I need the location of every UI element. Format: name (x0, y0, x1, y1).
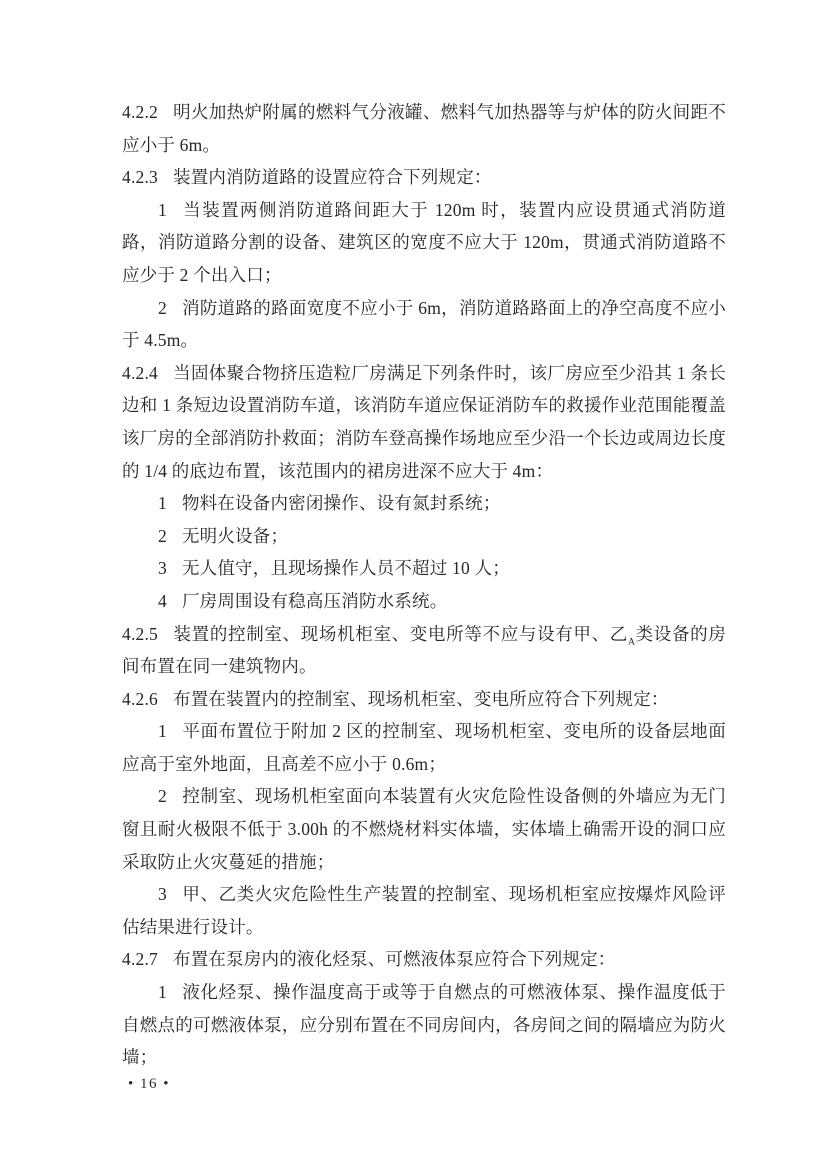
item-text: 无明火设备； (182, 526, 288, 546)
item-text: 甲、乙类火灾危险性生产装置的控制室、现场机柜室应按爆炸风险评估结果进行设计。 (122, 884, 726, 937)
item-text: 消防道路的路面宽度不应小于 6m，消防道路路面上的净空高度不应小于 4.5m。 (122, 298, 726, 351)
clause-text: 明火加热炉附属的燃料气分液罐、燃料气加热器等与炉体的防火间距不应小于 6m。 (122, 102, 726, 155)
item-number: 1 (158, 721, 167, 741)
clause-number: 4.2.2 (122, 102, 158, 122)
clause-4.2.4: 4.2.4当固体聚合物挤压造粒厂房满足下列条件时，该厂房应至少沿其 1 条长边和… (122, 357, 726, 487)
list-item-2: 2无明火设备； (122, 520, 726, 553)
clause-4.2.2: 4.2.2明火加热炉附属的燃料气分液罐、燃料气加热器等与炉体的防火间距不应小于 … (122, 96, 726, 161)
clause-number: 4.2.6 (122, 689, 158, 709)
clause-text: 布置在泵房内的液化烃泵、可燃液体泵应符合下列规定： (173, 949, 616, 969)
list-item-1: 1物料在设备内密闭操作、设有氮封系统； (122, 487, 726, 520)
list-item-2: 2消防道路的路面宽度不应小于 6m，消防道路路面上的净空高度不应小于 4.5m。 (122, 292, 726, 357)
item-text: 液化烃泵、操作温度高于或等于自燃点的可燃液体泵、操作温度低于自燃点的可燃液体泵，… (122, 982, 726, 1067)
page-number: • 16 • (128, 1076, 170, 1093)
item-number: 1 (158, 200, 167, 220)
list-item-1: 1液化烃泵、操作温度高于或等于自燃点的可燃液体泵、操作温度低于自燃点的可燃液体泵… (122, 976, 726, 1074)
clause-text: 装置内消防道路的设置应符合下列规定： (173, 167, 492, 187)
document-page: 4.2.2明火加热炉附属的燃料气分液罐、燃料气加热器等与炉体的防火间距不应小于 … (0, 0, 826, 1169)
item-text: 当装置两侧消防道路间距大于 120m 时，装置内应设贯通式消防道路，消防道路分割… (122, 200, 726, 285)
clause-number: 4.2.7 (122, 949, 158, 969)
document-body: 4.2.2明火加热炉附属的燃料气分液罐、燃料气加热器等与炉体的防火间距不应小于 … (122, 96, 726, 1074)
item-number: 2 (158, 298, 167, 318)
item-text: 厂房周围设有稳高压消防水系统。 (182, 591, 448, 611)
clause-text: 布置在装置内的控制室、现场机柜室、变电所应符合下列规定： (173, 689, 669, 709)
item-text: 物料在设备内密闭操作、设有氮封系统； (182, 493, 501, 513)
item-number: 3 (158, 558, 167, 578)
clause-text: 装置的控制室、现场机柜室、变电所等不应与设有甲、乙 (173, 624, 628, 644)
clause-number: 4.2.5 (122, 624, 158, 644)
list-item-3: 3甲、乙类火灾危险性生产装置的控制室、现场机柜室应按爆炸风险评估结果进行设计。 (122, 878, 726, 943)
item-number: 1 (158, 493, 167, 513)
clause-4.2.6: 4.2.6布置在装置内的控制室、现场机柜室、变电所应符合下列规定： (122, 683, 726, 716)
list-item-2: 2控制室、现场机柜室面向本装置有火灾危险性设备侧的外墙应为无门窗且耐火极限不低于… (122, 780, 726, 878)
list-item-4: 4厂房周围设有稳高压消防水系统。 (122, 585, 726, 618)
item-text: 无人值守，且现场操作人员不超过 10 人； (182, 558, 510, 578)
item-number: 1 (158, 982, 167, 1002)
clause-4.2.7: 4.2.7布置在泵房内的液化烃泵、可燃液体泵应符合下列规定： (122, 943, 726, 976)
item-number: 4 (158, 591, 167, 611)
clause-number: 4.2.4 (122, 363, 158, 383)
item-text: 平面布置位于附加 2 区的控制室、现场机柜室、变电所的设备层地面应高于室外地面，… (122, 721, 726, 774)
list-item-1: 1平面布置位于附加 2 区的控制室、现场机柜室、变电所的设备层地面应高于室外地面… (122, 715, 726, 780)
item-text: 控制室、现场机柜室面向本装置有火灾危险性设备侧的外墙应为无门窗且耐火极限不低于 … (122, 786, 726, 871)
clause-4.2.5: 4.2.5装置的控制室、现场机柜室、变电所等不应与设有甲、乙A类设备的房间布置在… (122, 618, 726, 683)
item-number: 3 (158, 884, 167, 904)
clause-4.2.3: 4.2.3装置内消防道路的设置应符合下列规定： (122, 161, 726, 194)
item-number: 2 (158, 526, 167, 546)
list-item-3: 3无人值守，且现场操作人员不超过 10 人； (122, 552, 726, 585)
clause-text: 当固体聚合物挤压造粒厂房满足下列条件时，该厂房应至少沿其 1 条长边和 1 条短… (122, 363, 726, 481)
list-item-1: 1当装置两侧消防道路间距大于 120m 时，装置内应设贯通式消防道路，消防道路分… (122, 194, 726, 292)
clause-number: 4.2.3 (122, 167, 158, 187)
item-number: 2 (158, 786, 167, 806)
